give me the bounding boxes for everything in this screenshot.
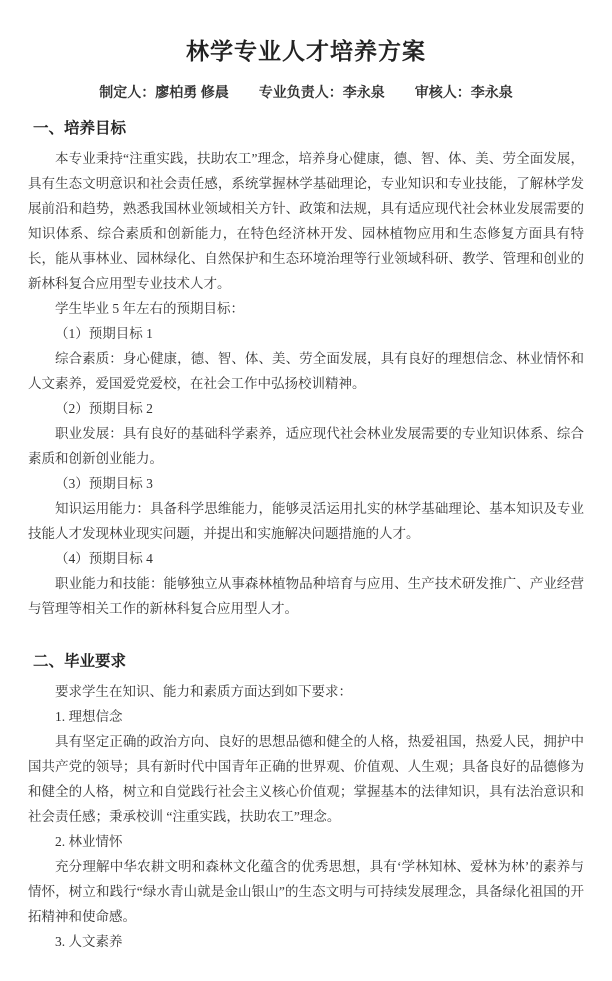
paragraph-goal-4-text: 职业能力和技能：能够独立从事森林植物品种培育与应用、生产技术研发推广、产业经营与…: [28, 571, 584, 621]
paragraph: 学生毕业 5 年左右的预期目标：: [28, 296, 584, 321]
byline-program-lead-value: 李永泉: [343, 86, 385, 101]
byline-reviewer-value: 李永泉: [471, 86, 513, 101]
paragraph-goal-1-label: （1）预期目标 1: [28, 321, 584, 346]
page-title: 林学专业人才培养方案: [28, 36, 584, 66]
paragraph-goal-1-text: 综合素质：身心健康，德、智、体、美、劳全面发展，具有良好的理想信念、林业情怀和人…: [28, 346, 584, 396]
section-body-graduation-requirements: 要求学生在知识、能力和素质方面达到如下要求： 1. 理想信念 具有坚定正确的政治…: [28, 679, 584, 954]
byline: 制定人：廖柏勇 修晨 专业负责人：李永泉 审核人：李永泉: [28, 82, 584, 102]
paragraph-goal-3-label: （3）预期目标 3: [28, 471, 584, 496]
byline-reviewer-label: 审核人：: [415, 86, 471, 101]
paragraph: 要求学生在知识、能力和素质方面达到如下要求：: [28, 679, 584, 704]
section-body-training-objectives: 本专业秉持“注重实践，扶助农工”理念，培养身心健康，德、智、体、美、劳全面发展，…: [28, 146, 584, 621]
byline-reviewer: 审核人：李永泉: [415, 82, 513, 102]
byline-maker-value: 廖柏勇 修晨: [155, 86, 229, 101]
paragraph-req-1-label: 1. 理想信念: [28, 704, 584, 729]
paragraph-req-2-text: 充分理解中华农耕文明和森林文化蕴含的优秀思想，具有‘学林知林、爱林为林’的素养与…: [28, 854, 584, 929]
paragraph-req-3-label: 3. 人文素养: [28, 929, 584, 954]
document-page: 林学专业人才培养方案 制定人：廖柏勇 修晨 专业负责人：李永泉 审核人：李永泉 …: [0, 0, 612, 981]
byline-maker-label: 制定人：: [99, 86, 155, 101]
section-heading-graduation-requirements: 二、毕业要求: [28, 651, 584, 673]
byline-maker: 制定人：廖柏勇 修晨: [99, 82, 229, 102]
paragraph-goal-2-label: （2）预期目标 2: [28, 396, 584, 421]
byline-program-lead-label: 专业负责人：: [259, 86, 343, 101]
section-training-objectives: 一、培养目标 本专业秉持“注重实践，扶助农工”理念，培养身心健康，德、智、体、美…: [28, 118, 584, 621]
paragraph-req-1-text: 具有坚定正确的政治方向、良好的思想品德和健全的人格，热爱祖国，热爱人民，拥护中国…: [28, 729, 584, 829]
byline-program-lead: 专业负责人：李永泉: [259, 82, 385, 102]
paragraph-goal-2-text: 职业发展：具有良好的基础科学素养，适应现代社会林业发展需要的专业知识体系、综合素…: [28, 421, 584, 471]
paragraph-req-2-label: 2. 林业情怀: [28, 829, 584, 854]
section-graduation-requirements: 二、毕业要求 要求学生在知识、能力和素质方面达到如下要求： 1. 理想信念 具有…: [28, 651, 584, 954]
paragraph-goal-4-label: （4）预期目标 4: [28, 546, 584, 571]
paragraph-goal-3-text: 知识运用能力：具备科学思维能力，能够灵活运用扎实的林学基础理论、基本知识及专业技…: [28, 496, 584, 546]
paragraph: 本专业秉持“注重实践，扶助农工”理念，培养身心健康，德、智、体、美、劳全面发展，…: [28, 146, 584, 296]
section-heading-training-objectives: 一、培养目标: [28, 118, 584, 140]
